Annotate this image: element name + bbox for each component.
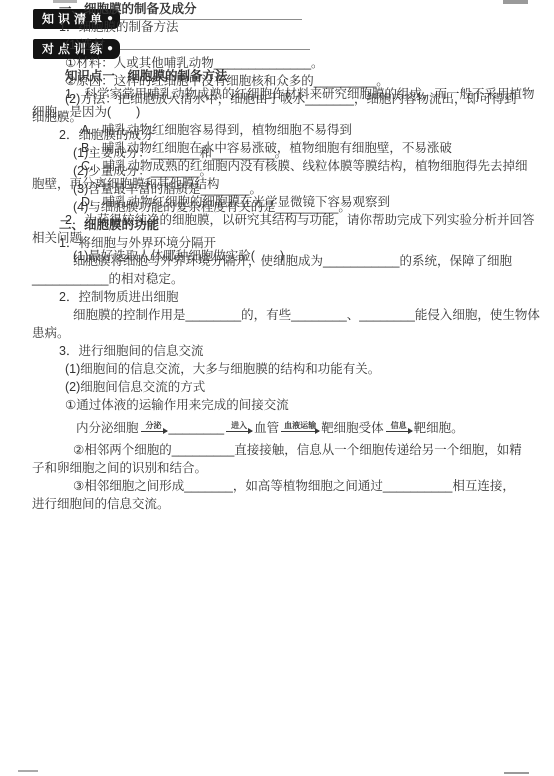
crop-mark-bottom-left <box>18 770 38 772</box>
text-line: 患病。 <box>32 324 532 342</box>
arrow-shaft-icon <box>141 431 167 432</box>
arrow-shaft-icon <box>226 431 252 432</box>
text-line: 2．细胞膜的成分 <box>32 126 532 144</box>
text-line: ②原因：这样的红细胞中没有细胞核和众多的_________。 <box>32 72 532 90</box>
text-line: ③相邻细胞之间形成_______，如高等植物细胞之间通过__________相互… <box>32 477 532 495</box>
text-line: 细胞膜将细胞与外界环境分隔开，使细胞成为___________的系统，保障了细胞 <box>32 252 532 270</box>
text-line: 1．细胞膜的制备方法 <box>32 18 532 36</box>
text-line: ②相邻两个细胞的_________直接接触，信息从一个细胞传递给另一个细胞，如精 <box>32 441 532 459</box>
flow-arrow-enter: 进入 <box>226 421 252 432</box>
flow-arrow-blood-transport: 血液运输 <box>281 421 319 432</box>
text-line: (3)含量最丰富的脂质是_______。 <box>32 180 532 198</box>
text-line: (2)少量成分：_______。 <box>32 162 532 180</box>
worksheet-page: 知识清单● 一、细胞膜的制备及成分 1．细胞膜的制备方法 (1)选材 ①材料：人… <box>0 0 554 776</box>
text-line: 2．控制物质进出细胞 <box>32 288 532 306</box>
text-line: (1)主要成分：_______和_________。 <box>32 144 532 162</box>
text-line: 进行细胞间的信息交流。 <box>32 495 532 513</box>
flow-node-blood-vessel: 血管 <box>254 421 279 436</box>
flow-arrow-label: 血液运输 <box>281 421 319 430</box>
flow-node-target-cell: 靶细胞。 <box>414 421 464 436</box>
text-line: 细胞膜。 <box>32 108 532 126</box>
text-line: (2)方法：把细胞放入清水中，细胞由于吸水_______，细胞内容物流出，即可得… <box>32 90 532 108</box>
arrow-shaft-icon <box>281 431 319 432</box>
text-line: 一、细胞膜的制备及成分 <box>32 0 532 18</box>
flow-node-endocrine-cell: 内分泌细胞 <box>76 421 139 436</box>
flow-node-blank: ________ <box>169 421 225 436</box>
flow-node-target-receptor: 靶细胞受体 <box>321 421 384 436</box>
text-line: 细胞膜的控制作用是________的，有些________、________能侵… <box>32 306 532 324</box>
text-line: 二、细胞膜的功能 <box>32 216 532 234</box>
text-line: ①材料：人或其他哺乳动物______________。 <box>32 54 532 72</box>
text-line: 子和卵细胞之间的识别和结合。 <box>32 459 532 477</box>
flow-arrow-signal: 信息 <box>386 421 412 432</box>
text-line: (4)与细胞膜功能的复杂程度有关的是_________。 <box>32 198 532 216</box>
arrow-shaft-icon <box>386 431 412 432</box>
text-line: ①通过体液的运输作用来完成的间接交流 <box>32 396 532 414</box>
signal-pathway-diagram: 内分泌细胞 分泌 ________ 进入 血管 血液运输 靶细胞受体 信息 靶细… <box>32 421 532 436</box>
text-line: ___________的相对稳定。 <box>32 270 532 288</box>
text-line: 3．进行细胞间的信息交流 <box>32 342 532 360</box>
text-line: 1．将细胞与外界环境分隔开 <box>32 234 532 252</box>
text-line: (2)细胞间信息交流的方式 <box>32 378 532 396</box>
flow-arrow-secrete: 分泌 <box>141 421 167 432</box>
knowledge-section-body: 一、细胞膜的制备及成分 1．细胞膜的制备方法 (1)选材 ①材料：人或其他哺乳动… <box>32 0 532 513</box>
text-line: (1)选材 <box>32 36 532 54</box>
crop-mark-bottom-right <box>504 772 529 774</box>
text-line: (1)细胞间的信息交流，大多与细胞膜的结构和功能有关。 <box>32 360 532 378</box>
